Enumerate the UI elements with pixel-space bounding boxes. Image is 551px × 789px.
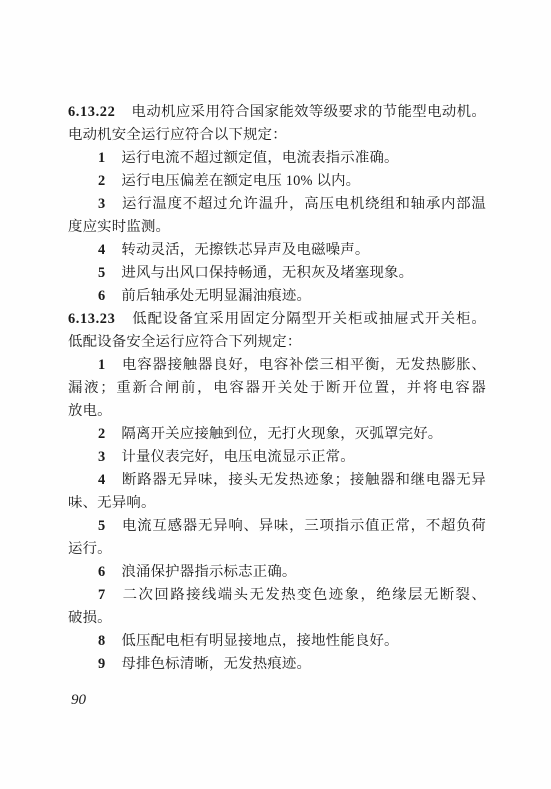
item-number: 4 xyxy=(98,242,105,258)
item-text: 电容器接触器良好，电容补偿三相平衡，无发热膨胀、 xyxy=(121,357,486,373)
clause-heading-text: 电动机应采用符合国家能效等级要求的节能型电动机。 xyxy=(131,104,486,120)
item-text: 转动灵活，无擦铁芯异声及电磁噪声。 xyxy=(121,242,369,258)
clause-heading-text: 低配设备安全运行应符合下列规定： xyxy=(68,334,301,350)
item-text: 低压配电柜有明显接地点，接地性能良好。 xyxy=(121,633,398,649)
item-text: 运行电压偏差在额定电压 10% 以内。 xyxy=(121,173,360,189)
clause-number: 6.13.23 xyxy=(68,311,115,327)
page-number: 90 xyxy=(71,692,86,708)
clause-number: 6.13.22 xyxy=(68,104,115,120)
item-text: 漏液；重新合闸前，电容器开关处于断开位置，并将电容器 xyxy=(68,380,486,396)
item-number: 5 xyxy=(98,518,105,534)
item-text: 隔离开关应接触到位，无打火现象，灭弧罩完好。 xyxy=(121,426,442,442)
item-number: 3 xyxy=(98,449,105,465)
item-text: 运行温度不超过允许温升，高压电机绕组和轴承内部温 xyxy=(121,196,486,212)
item-number: 9 xyxy=(98,656,105,672)
item-line: 3计量仪表完好，电压电流显示正常。 xyxy=(68,446,486,469)
item-line: 4断路器无异味，接头无发热迹象；接触器和继电器无异 xyxy=(68,469,486,492)
item-text: 母排色标清晰，无发热痕迹。 xyxy=(121,656,311,672)
item-text: 断路器无异味，接头无发热迹象；接触器和继电器无异 xyxy=(121,472,486,488)
item-line: 5电流互感器无异响、异味，三项指示值正常，不超负荷 xyxy=(68,515,486,538)
text-column: 6.13.22电动机应采用符合国家能效等级要求的节能型电动机。 电动机安全运行应… xyxy=(68,101,486,712)
item-text: 电流互感器无异响、异味，三项指示值正常，不超负荷 xyxy=(121,518,486,534)
item-line: 1电容器接触器良好，电容补偿三相平衡，无发热膨胀、 xyxy=(68,354,486,377)
page-footer: 90 xyxy=(68,689,486,712)
item-line: 味、无异响。 xyxy=(68,492,486,515)
item-text: 二次回路接线端头无发热变色迹象，绝缘层无断裂、 xyxy=(121,587,486,603)
document-page: 6.13.22电动机应采用符合国家能效等级要求的节能型电动机。 电动机安全运行应… xyxy=(0,0,551,789)
item-line: 破损。 xyxy=(68,607,486,630)
item-line: 9母排色标清晰，无发热痕迹。 xyxy=(68,653,486,676)
item-text: 放电。 xyxy=(68,403,112,419)
item-number: 7 xyxy=(98,587,105,603)
item-text: 计量仪表完好，电压电流显示正常。 xyxy=(121,449,354,465)
item-line: 漏液；重新合闸前，电容器开关处于断开位置，并将电容器 xyxy=(68,377,486,400)
item-line: 2隔离开关应接触到位，无打火现象，灭弧罩完好。 xyxy=(68,423,486,446)
item-number: 6 xyxy=(98,564,105,580)
clause-heading-line: 6.13.22电动机应采用符合国家能效等级要求的节能型电动机。 xyxy=(68,101,486,124)
item-line: 8低压配电柜有明显接地点，接地性能良好。 xyxy=(68,630,486,653)
item-line: 度应实时监测。 xyxy=(68,216,486,239)
item-number: 3 xyxy=(98,196,105,212)
item-number: 1 xyxy=(98,357,105,373)
item-line: 3运行温度不超过允许温升，高压电机绕组和轴承内部温 xyxy=(68,193,486,216)
clause-heading-text: 低配设备宜采用固定分隔型开关柜或抽屉式开关柜。 xyxy=(131,311,486,327)
item-text: 度应实时监测。 xyxy=(68,219,170,235)
item-text: 味、无异响。 xyxy=(68,495,156,511)
item-number: 1 xyxy=(98,150,105,166)
clause-heading-text: 电动机安全运行应符合以下规定： xyxy=(68,127,287,143)
item-number: 2 xyxy=(98,426,105,442)
item-line: 4转动灵活，无擦铁芯异声及电磁噪声。 xyxy=(68,239,486,262)
clause-6-13-23: 6.13.23低配设备宜采用固定分隔型开关柜或抽屉式开关柜。 低配设备安全运行应… xyxy=(68,308,486,676)
item-line: 1运行电流不超过额定值，电流表指示准确。 xyxy=(68,147,486,170)
item-number: 6 xyxy=(98,288,105,304)
item-line: 运行。 xyxy=(68,538,486,561)
item-text: 破损。 xyxy=(68,610,112,626)
item-line: 6浪涌保护器指示标志正确。 xyxy=(68,561,486,584)
item-number: 4 xyxy=(98,472,105,488)
item-text: 进风与出风口保持畅通，无积灰及堵塞现象。 xyxy=(121,265,413,281)
clause-heading-line: 低配设备安全运行应符合下列规定： xyxy=(68,331,486,354)
item-text: 浪涌保护器指示标志正确。 xyxy=(121,564,296,580)
item-line: 2运行电压偏差在额定电压 10% 以内。 xyxy=(68,170,486,193)
item-text: 前后轴承处无明显漏油痕迹。 xyxy=(121,288,311,304)
item-text: 运行电流不超过额定值，电流表指示准确。 xyxy=(121,150,398,166)
clause-heading-line: 电动机安全运行应符合以下规定： xyxy=(68,124,486,147)
item-number: 8 xyxy=(98,633,105,649)
item-line: 5进风与出风口保持畅通，无积灰及堵塞现象。 xyxy=(68,262,486,285)
clause-heading-line: 6.13.23低配设备宜采用固定分隔型开关柜或抽屉式开关柜。 xyxy=(68,308,486,331)
clause-6-13-22: 6.13.22电动机应采用符合国家能效等级要求的节能型电动机。 电动机安全运行应… xyxy=(68,101,486,308)
item-text: 运行。 xyxy=(68,541,112,557)
item-number: 5 xyxy=(98,265,105,281)
item-line: 7二次回路接线端头无发热变色迹象，绝缘层无断裂、 xyxy=(68,584,486,607)
item-line: 6前后轴承处无明显漏油痕迹。 xyxy=(68,285,486,308)
item-line: 放电。 xyxy=(68,400,486,423)
item-number: 2 xyxy=(98,173,105,189)
